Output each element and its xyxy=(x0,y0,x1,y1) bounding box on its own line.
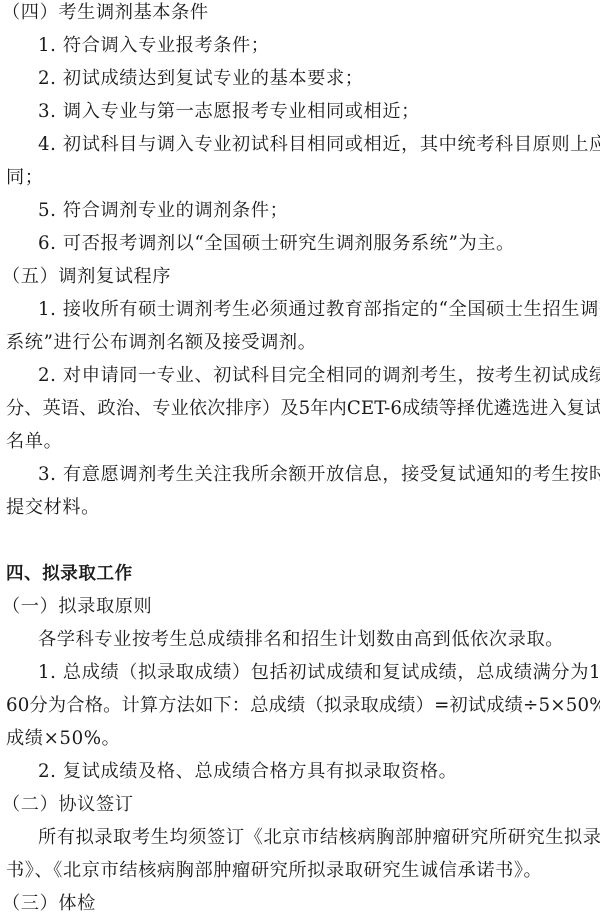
paragraph-line: 2. 对申请同一专业、初试科目完全相同的调剂考生，按考生初试成绩（总 xyxy=(38,365,600,387)
paragraph-line: 3. 调入专业与第一志愿报考专业相同或相近； xyxy=(38,101,420,123)
paragraph-line: 60分为合格。计算方法如下：总成绩（拟录取成绩）=初试成绩÷5×50%＋复试 xyxy=(6,695,600,717)
subsection-heading-2: （二）协议签订 xyxy=(2,794,134,816)
paragraph-line: 1. 符合调入专业报考条件； xyxy=(38,35,270,57)
paragraph-line: 同； xyxy=(6,167,44,189)
paragraph-line: 1. 总成绩（拟录取成绩）包括初试成绩和复试成绩，总成绩满分为100分， xyxy=(38,662,600,684)
chapter-title: 四、拟录取工作 xyxy=(6,563,133,585)
paragraph-line: 分、英语、政治、专业依次排序）及5年内CET-6成绩等择优遴选进入复试的考生 xyxy=(6,398,600,420)
paragraph-line: 5. 符合调剂专业的调剂条件； xyxy=(38,200,288,222)
paragraph-line: 4. 初试科目与调入专业初试科目相同或相近，其中统考科目原则上应当相 xyxy=(38,134,600,156)
paragraph-line: 提交材料。 xyxy=(6,497,100,519)
paragraph-line: 系统”进行公布调剂名额及接受调剂。 xyxy=(6,332,317,354)
paragraph-line: 6. 可否报考调剂以“全国硕士研究生调剂服务系统”为主。 xyxy=(38,233,515,255)
paragraph-line: 成绩×50%。 xyxy=(6,728,120,750)
paragraph-line: 1. 接收所有硕士调剂考生必须通过教育部指定的“全国硕士生招生调剂服务 xyxy=(38,299,600,321)
paragraph-line: 书》、《北京市结核病胸部肿瘤研究所拟录取研究生诚信承诺书》。 xyxy=(6,860,542,882)
paragraph-line: 2. 初试成绩达到复试专业的基本要求； xyxy=(38,68,364,90)
paragraph-line: 各学科专业按考生总成绩排名和招生计划数由高到低依次录取。 xyxy=(38,629,564,651)
section-heading-4: （四）考生调剂基本条件 xyxy=(2,2,209,24)
subsection-heading-1: （一）拟录取原则 xyxy=(2,596,152,618)
subsection-heading-3: （三）体检 xyxy=(2,893,96,915)
paragraph-line: 3. 有意愿调剂考生关注我所余额开放信息，接受复试通知的考生按时在系统 xyxy=(38,464,600,486)
paragraph-line: 所有拟录取考生均须签订《北京市结核病胸部肿瘤研究所研究生拟录取协议 xyxy=(38,827,600,849)
paragraph-line: 2. 复试成绩及格、总成绩合格方具有拟录取资格。 xyxy=(38,761,457,783)
section-heading-5: （五）调剂复试程序 xyxy=(2,266,171,288)
paragraph-line: 名单。 xyxy=(6,431,62,453)
